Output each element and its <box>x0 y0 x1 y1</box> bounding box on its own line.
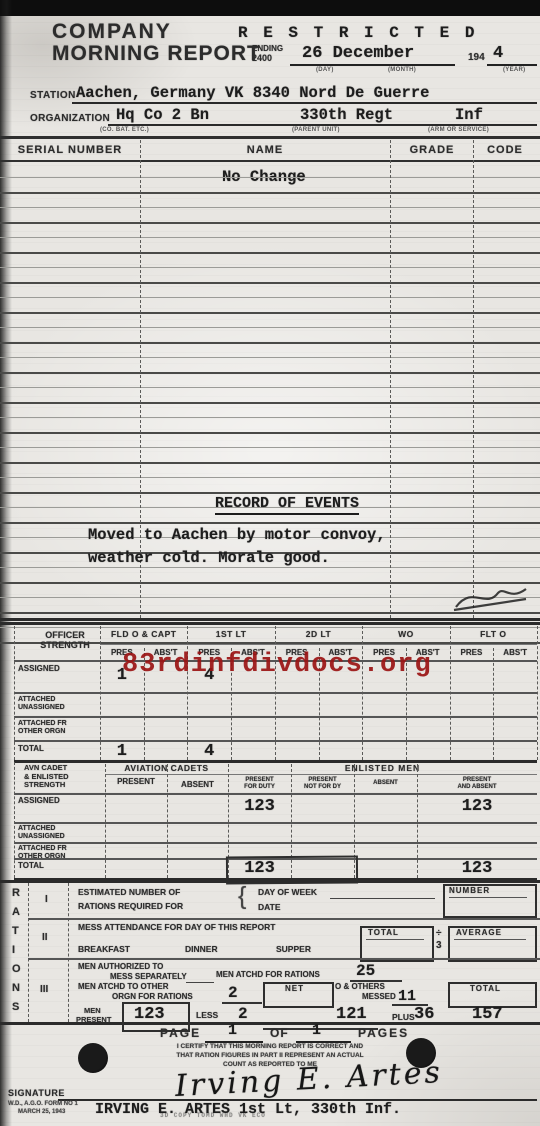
supper-label: SUPPER <box>276 944 311 954</box>
officer-row-label: ATTACHEDUNASSIGNED <box>18 696 98 712</box>
officer-group-header: 1ST LT <box>187 629 274 639</box>
rule-line <box>0 207 540 208</box>
rule-line <box>0 222 540 224</box>
officer-sub-header: PRES <box>450 648 494 657</box>
men-authorized-label-1: MEN AUTHORIZED TO <box>78 962 163 971</box>
brace-glyph: { <box>238 882 246 911</box>
estimated-rations-label-2: RATIONS REQUIRED FOR <box>78 901 183 911</box>
organization-underline <box>108 124 537 126</box>
day-of-week-label: DAY OF WEEK <box>258 887 317 897</box>
rations-vertical-letter: S <box>12 1001 19 1013</box>
breakfast-label: BREAKFAST <box>78 944 130 954</box>
men-present-label-1: MEN <box>84 1006 101 1015</box>
rule-line <box>0 372 540 374</box>
rule-line <box>449 897 527 898</box>
rule-line <box>14 793 537 795</box>
station-label: STATION <box>30 90 76 101</box>
officer-cell-value: 4 <box>187 742 231 761</box>
cadet-col-header: PRESENTAND ABSENT <box>417 777 537 791</box>
rations-vertical-letter: T <box>12 925 19 937</box>
roster-col-header: CODE <box>445 144 540 156</box>
section-numeral-1: I <box>45 894 48 905</box>
year-digit: 4 <box>493 44 503 63</box>
others-messed-label-1: O & OTHERS <box>335 982 385 991</box>
others-messed-value: 11 <box>398 988 416 1005</box>
org-parent-sublabel: (PARENT UNIT) <box>292 127 340 133</box>
column-divider <box>493 648 494 760</box>
men-authorized-label-2: MESS SEPARATELY <box>110 972 187 981</box>
officer-sub-header: ABS'T <box>493 648 537 657</box>
ending-label: ENDING <box>252 44 283 53</box>
form-number-line2: MARCH 25, 1943 <box>18 1109 65 1115</box>
column-divider <box>68 883 69 1022</box>
cadet-cell-value: 123 <box>417 859 537 878</box>
rule-line <box>0 252 540 254</box>
divide-symbol: ÷ <box>436 928 442 939</box>
rule-line <box>186 982 214 983</box>
men-present-value: 123 <box>134 1005 165 1024</box>
rations-vertical-letter: N <box>12 982 20 994</box>
rule-line <box>0 477 540 478</box>
form-title-line2: MORNING REPORT <box>52 42 261 66</box>
rule-line <box>0 282 540 284</box>
form-title-line1: COMPANY <box>52 20 172 44</box>
column-divider <box>28 883 29 1022</box>
column-divider <box>187 626 188 760</box>
average-box-label: AVERAGE <box>456 928 502 937</box>
less-value: 2 <box>238 1005 248 1023</box>
total-box-label: TOTAL <box>368 928 399 937</box>
org-arm-sublabel: (ARM OR SERVICE) <box>428 127 489 133</box>
org-arm-value: Inf <box>455 106 483 124</box>
rule-line <box>0 492 540 494</box>
rule-line <box>454 939 526 940</box>
punch-hole-left <box>78 1043 108 1073</box>
rule-line <box>0 192 540 194</box>
officer-group-header: 2D LT <box>275 629 362 639</box>
dinner-label: DINNER <box>185 944 218 954</box>
cadet-cell-value: 123 <box>417 797 537 816</box>
rule-line <box>0 342 540 344</box>
column-divider <box>450 626 451 760</box>
rule-line <box>0 447 540 448</box>
cadet-col-header: PRESENTFOR DUTY <box>228 777 291 791</box>
roster-col-header: SERIAL NUMBER <box>10 144 130 156</box>
rule-line <box>0 312 540 314</box>
rule-line <box>0 462 540 464</box>
station-underline <box>72 102 537 104</box>
events-line-2: weather cold. Morale good. <box>88 549 330 567</box>
rations-vertical-letter: R <box>12 887 20 899</box>
station-value: Aachen, Germany VK 8340 Nord De Guerre <box>76 84 429 102</box>
date-field-label: DATE <box>258 902 281 912</box>
rule-line <box>0 567 540 568</box>
year-prefix: 194 <box>468 52 485 63</box>
rule-line <box>0 237 540 238</box>
column-divider <box>100 626 101 760</box>
month-sublabel: (MONTH) <box>388 67 416 73</box>
officer-row-label: ATTACHED FROTHER ORGN <box>18 720 98 736</box>
rations-total-value: 157 <box>472 1005 503 1024</box>
rule-line <box>14 842 537 844</box>
rule-line <box>330 898 435 899</box>
atchd-other-orgn-value: 2 <box>228 984 238 1002</box>
rule-line <box>0 417 540 418</box>
certification-line-1: I CERTIFY THAT THIS MORNING REPORT IS CO… <box>125 1043 415 1050</box>
column-divider <box>140 140 141 618</box>
pen-flourish-mark <box>452 583 530 613</box>
restricted-stamp: R E S T R I C T E D <box>238 24 477 42</box>
column-divider <box>417 764 418 878</box>
rule-line <box>0 627 540 628</box>
org-parent-value: 330th Regt <box>300 106 393 124</box>
men-atchd-for-rations-value: 25 <box>356 962 375 980</box>
rations-vertical-letter: O <box>12 963 21 975</box>
morning-report-document: COMPANY MORNING REPORT R E S T R I C T E… <box>0 0 540 1126</box>
year-underline <box>487 64 537 66</box>
scan-top-edge <box>0 0 540 16</box>
plus-label: PLUS <box>392 1012 415 1022</box>
date-underline <box>290 64 455 66</box>
others-messed-label-2: MESSED <box>362 992 396 1001</box>
cadet-row-label: ATTACHEDUNASSIGNED <box>18 825 103 841</box>
cadet-row-label: TOTAL <box>18 861 103 870</box>
officer-group-header: FLD O & CAPT <box>100 629 187 639</box>
rule-line <box>0 522 540 524</box>
day-sublabel: (DAY) <box>316 67 334 73</box>
column-divider <box>167 764 168 878</box>
roster-col-header: NAME <box>205 144 325 156</box>
divide-by-3: 3 <box>436 940 442 951</box>
rule-line <box>105 774 537 775</box>
org-unit-sublabel: (CO. BAT. ETC.) <box>100 127 149 133</box>
less-label: LESS <box>196 1010 218 1020</box>
officer-table-corner-label: OFFICERSTRENGTH <box>30 630 100 650</box>
pages-label: PAGES <box>358 1026 409 1040</box>
mess-attendance-title: MESS ATTENDANCE FOR DAY OF THIS REPORT <box>78 922 275 932</box>
rule-line <box>0 327 540 328</box>
rule-line <box>0 297 540 298</box>
page-value: 1 <box>228 1022 237 1039</box>
rule-line <box>0 177 540 178</box>
men-atchd-for-rations-label: MEN ATCHD FOR RATIONS <box>216 970 320 979</box>
rations-vertical-letter: I <box>12 944 15 956</box>
cadet-table-corner-label: AVN CADET& ENLISTEDSTRENGTH <box>24 764 102 790</box>
rule-line <box>0 432 540 434</box>
rule-line <box>0 136 540 139</box>
estimated-rations-label-1: ESTIMATED NUMBER OF <box>78 887 180 897</box>
cadet-col-header: ABSENT <box>354 780 417 787</box>
rule-line <box>0 880 540 883</box>
org-unit-value: Hq Co 2 Bn <box>116 106 209 124</box>
column-divider <box>473 140 474 618</box>
rule-line <box>0 267 540 268</box>
section-numeral-3: III <box>40 984 48 995</box>
officer-group-header: WO <box>362 629 449 639</box>
column-divider <box>14 762 15 878</box>
page-label: PAGE <box>160 1026 201 1040</box>
column-divider <box>275 626 276 760</box>
ending-time: 2400 <box>252 53 272 63</box>
rule-line <box>222 1002 262 1004</box>
net-value: 121 <box>336 1005 367 1024</box>
cadet-col-header: ABSENT <box>167 780 228 789</box>
report-date-value: 26 December <box>302 44 414 63</box>
officer-row-label: ASSIGNED <box>18 664 98 673</box>
pages-value: 1 <box>312 1022 321 1039</box>
of-label: OF <box>270 1026 289 1040</box>
rule-line <box>0 402 540 404</box>
rule-line <box>14 822 537 824</box>
column-divider <box>537 626 538 760</box>
column-divider <box>390 140 391 618</box>
form-number-line1: W.D., A.G.O. FORM NO 1 <box>8 1101 78 1107</box>
cadet-col-header: PRESENT <box>105 777 167 786</box>
plus-value: 36 <box>414 1005 434 1024</box>
officer-group-header: FLT O <box>450 629 537 639</box>
cadet-cell-value: 123 <box>228 797 291 816</box>
enlisted-men-header: ENLISTED MEN <box>228 763 537 773</box>
cadet-row-label: ASSIGNED <box>18 796 103 805</box>
officer-row-label: TOTAL <box>18 744 98 753</box>
rule-line <box>0 160 540 162</box>
atchd-other-orgn-label-1: MEN ATCHD TO OTHER <box>78 982 169 991</box>
section-numeral-2: II <box>42 932 48 943</box>
rule-line <box>28 958 540 960</box>
cadet-col-header: PRESENTNOT FOR DY <box>291 777 354 791</box>
column-divider <box>105 764 106 878</box>
net-box-label: NET <box>285 984 304 993</box>
faint-stamp-text: 3D COPY TOMD WHD VK ECO <box>160 1112 266 1119</box>
events-line-1: Moved to Aachen by motor convoy, <box>88 526 386 544</box>
signature-label: SIGNATURE <box>8 1088 65 1098</box>
column-divider <box>362 626 363 760</box>
rule-line <box>0 387 540 388</box>
organization-label: ORGANIZATION <box>30 113 110 124</box>
rule-line <box>100 644 537 645</box>
rule-line <box>28 918 540 920</box>
rule-line <box>0 618 540 621</box>
number-box-label: NUMBER <box>449 886 490 895</box>
rule-line <box>0 622 540 625</box>
rule-line <box>0 357 540 358</box>
year-sublabel: (YEAR) <box>503 67 525 73</box>
rule-line <box>366 939 424 940</box>
officer-cell-value: 1 <box>100 742 144 761</box>
column-divider <box>14 626 15 760</box>
rations-total-box-label: TOTAL <box>470 984 501 993</box>
men-present-label-2: PRESENT <box>76 1015 111 1024</box>
watermark-text: 83rdinfdivdocs.org <box>122 650 432 680</box>
atchd-other-orgn-label-2: ORGN FOR RATIONS <box>112 992 193 1001</box>
record-of-events-title: RECORD OF EVENTS <box>215 495 359 515</box>
rations-vertical-letter: A <box>12 906 20 918</box>
